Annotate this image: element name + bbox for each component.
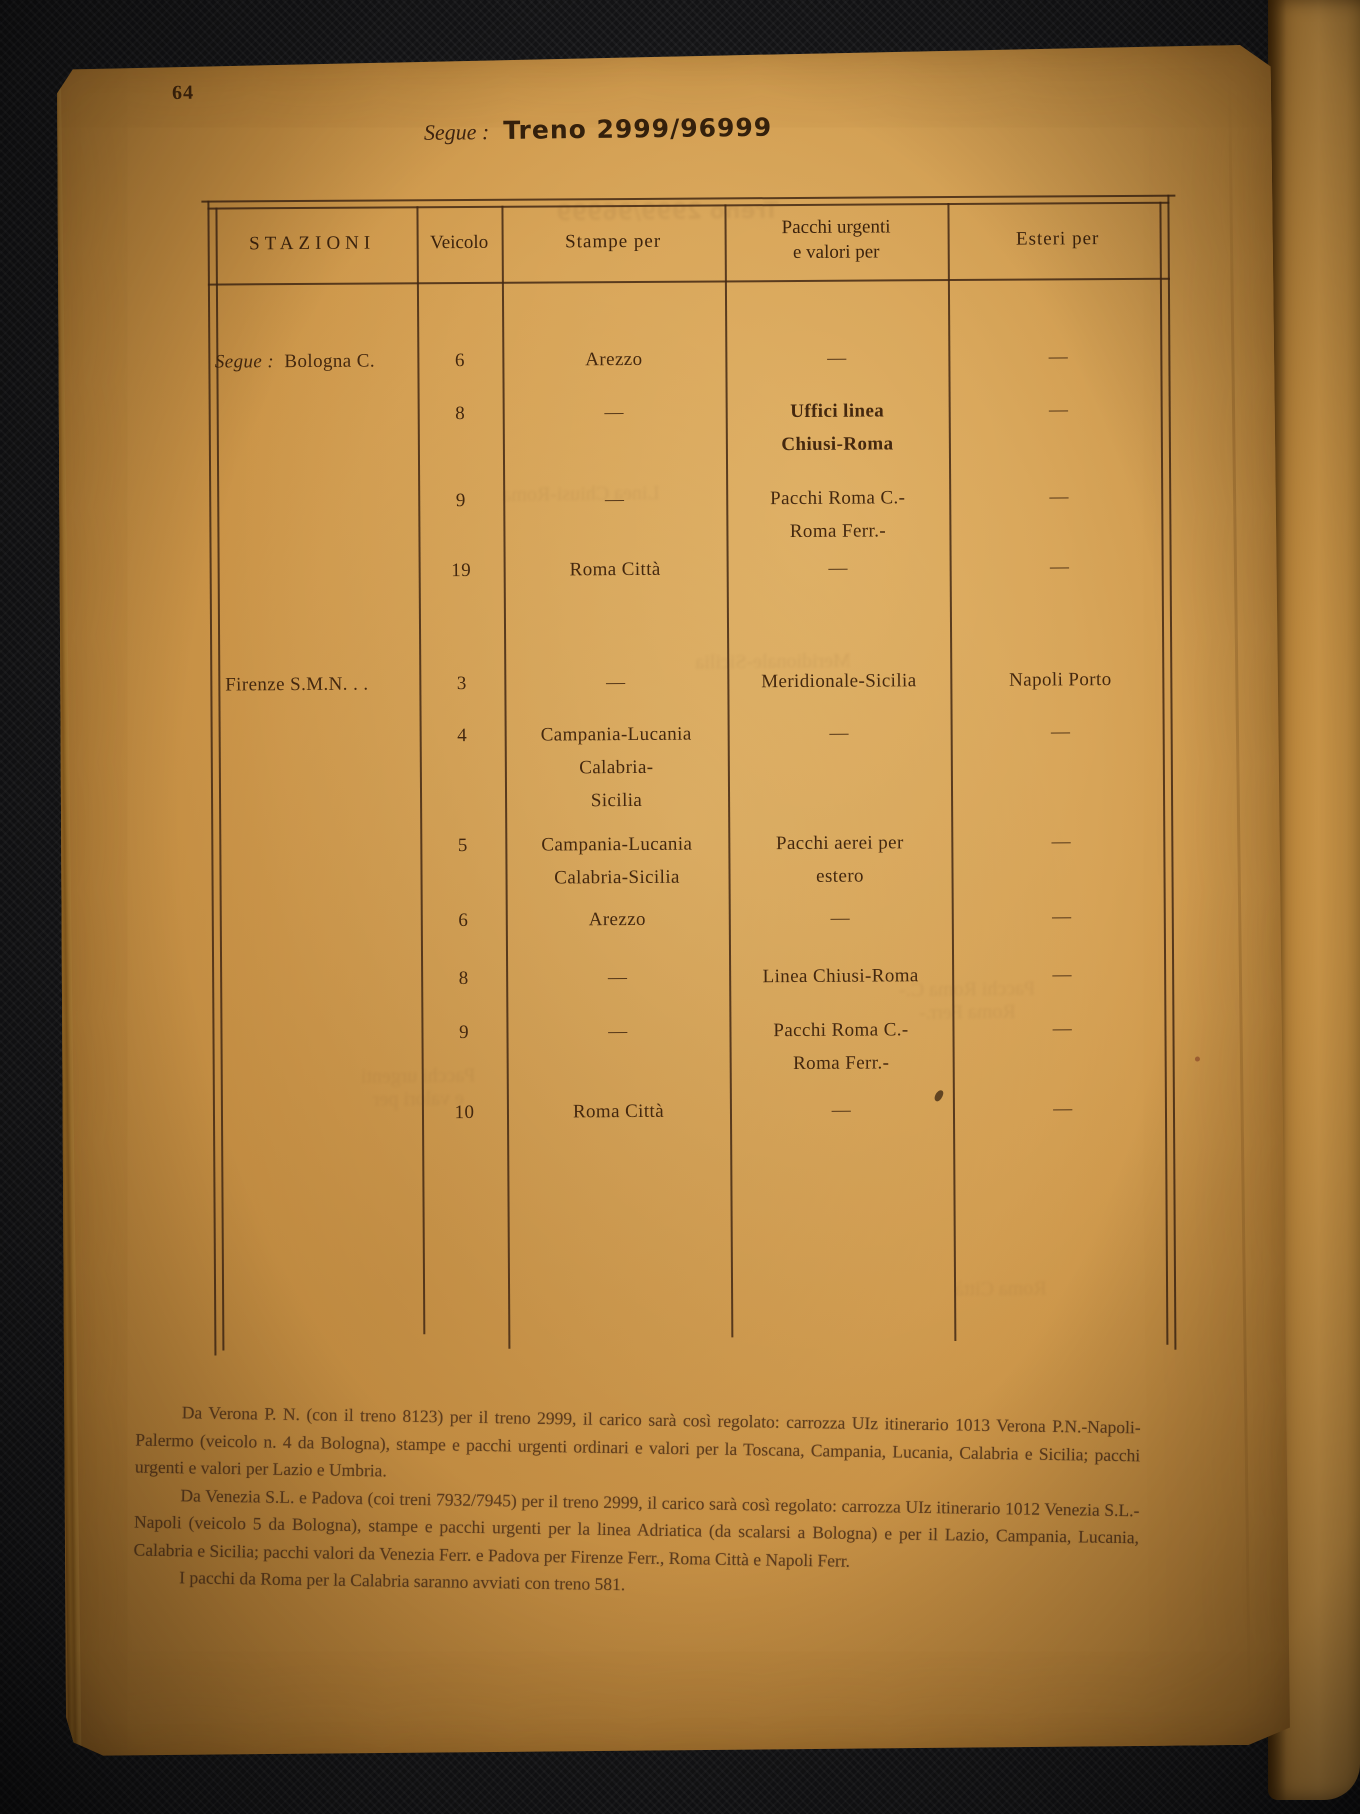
cell-pacchi: —	[729, 901, 952, 935]
column-header-esteri: Esteri per	[948, 225, 1168, 251]
cell-stampe: —	[506, 960, 729, 994]
cell-esteri: —	[951, 715, 1171, 749]
cell-esteri: —	[952, 958, 1172, 992]
table-row: 8 — Linea Chiusi-Roma —	[212, 958, 1174, 997]
cell-veicolo: 4	[420, 719, 505, 753]
page-title: Segue : Treno 2999/96999	[0, 107, 1211, 151]
cell-esteri: —	[952, 900, 1172, 934]
cell-veicolo: 5	[420, 829, 505, 863]
cell-esteri: —	[952, 1012, 1172, 1046]
cell-esteri: —	[949, 393, 1169, 427]
cell-esteri: Napoli Porto	[950, 663, 1170, 697]
table-row: 8 — Uffici linea Chiusi-Roma —	[209, 393, 1171, 465]
table-row: 9 — Pacchi Roma C.- Roma Ferr.- —	[209, 480, 1171, 552]
cell-stazioni	[212, 1016, 421, 1017]
page-stack-edge	[48, 77, 81, 1755]
cell-stazioni	[212, 904, 421, 905]
cell-pacchi: —	[730, 1093, 953, 1127]
cell-veicolo: 8	[421, 962, 506, 996]
cell-esteri: —	[949, 480, 1169, 514]
footnote-paragraph: Da Verona P. N. (con il treno 8123) per …	[135, 1399, 1141, 1497]
table-row: 10 Roma Città — —	[213, 1092, 1175, 1131]
cell-stampe: Roma Città	[504, 552, 727, 586]
cell-pacchi: Pacchi Roma C.- Roma Ferr.-	[726, 481, 949, 548]
cell-veicolo: 9	[418, 484, 503, 518]
cell-esteri: —	[950, 550, 1170, 584]
footnotes: Da Verona P. N. (con il treno 8123) per …	[133, 1399, 1141, 1607]
cell-stazioni	[209, 397, 418, 398]
cell-stazioni: Segue : Bologna C.	[208, 344, 417, 378]
table-line	[201, 195, 1175, 203]
cell-stampe: Arezzo	[502, 342, 725, 376]
cell-veicolo: 9	[421, 1016, 506, 1050]
column-header-pacchi: Pacchi urgenti e valori per	[724, 214, 947, 265]
page-crease	[1228, 75, 1251, 1715]
cell-pacchi: Pacchi Roma C.- Roma Ferr.-	[729, 1013, 952, 1080]
column-header-veicolo: Veicolo	[417, 229, 502, 255]
cell-stazioni: Firenze S.M.N. . .	[210, 667, 419, 701]
cell-veicolo: 19	[419, 554, 504, 588]
book-photo: { "page": { "number": "64", "title_prefi…	[0, 0, 1360, 1814]
book-page: 64 Segue : Treno 2999/96999 Treno 2999/9…	[46, 45, 1292, 1760]
cell-stampe: —	[503, 482, 726, 516]
cell-stazioni	[211, 829, 420, 830]
cell-stampe: —	[506, 1014, 729, 1048]
cell-pacchi: Pacchi aerei per estero	[728, 826, 951, 893]
cell-esteri: —	[953, 1092, 1173, 1126]
title-prefix: Segue :	[424, 119, 490, 146]
cell-pacchi: Linea Chiusi-Roma	[729, 959, 952, 993]
column-header-stazioni: STAZIONI	[208, 230, 417, 256]
cell-stazioni	[209, 484, 418, 485]
page-number: 64	[172, 82, 194, 105]
cell-pacchi: —	[728, 716, 951, 750]
cell-veicolo: 8	[418, 397, 503, 431]
column-header-stampe: Stampe per	[502, 228, 725, 254]
table-row: 19 Roma Città — —	[210, 550, 1172, 589]
cell-stampe: Campania-Lucania Calabria- Sicilia	[505, 717, 729, 817]
cell-stampe: —	[503, 395, 726, 429]
table-row: Segue : Bologna C. 6 Arezzo — —	[208, 340, 1170, 379]
cell-pacchi: Uffici linea Chiusi-Roma	[726, 394, 949, 461]
cell-stazioni	[211, 719, 420, 720]
table-row: 9 — Pacchi Roma C.- Roma Ferr.- —	[212, 1012, 1174, 1084]
table-header-row: STAZIONI Veicolo Stampe per Pacchi urgen…	[207, 205, 1169, 277]
cell-pacchi: —	[727, 551, 950, 585]
cell-pacchi: —	[725, 341, 948, 375]
footnote-paragraph: Da Venezia S.L. e Padova (coi treni 7932…	[133, 1481, 1139, 1579]
train-table: STAZIONI Veicolo Stampe per Pacchi urgen…	[207, 195, 1176, 1366]
cell-stazioni	[213, 1096, 422, 1097]
cell-esteri: —	[951, 825, 1171, 859]
table-row: 4 Campania-Lucania Calabria- Sicilia — —	[211, 715, 1174, 820]
cell-stazioni	[212, 962, 421, 963]
table-row: 5 Campania-Lucania Calabria-Sicilia Pacc…	[211, 825, 1173, 897]
title-text: Treno 2999/96999	[503, 113, 772, 145]
cell-stazioni	[210, 554, 419, 555]
table-line	[208, 278, 1170, 286]
ink-speck	[1195, 1057, 1200, 1062]
cell-veicolo: 6	[417, 344, 502, 378]
cell-veicolo: 6	[421, 904, 506, 938]
cell-stampe: Arezzo	[506, 902, 729, 936]
cell-pacchi: Meridionale-Sicilia	[727, 664, 950, 698]
cell-stampe: —	[504, 665, 727, 699]
cell-veicolo: 3	[419, 667, 504, 701]
table-row: 6 Arezzo — —	[212, 900, 1174, 939]
cell-esteri: —	[948, 340, 1168, 374]
table-row: Firenze S.M.N. . . 3 — Meridionale-Sicil…	[210, 663, 1172, 702]
cell-veicolo: 10	[422, 1096, 507, 1130]
cell-stampe: Roma Città	[507, 1094, 730, 1128]
cell-stampe: Campania-Lucania Calabria-Sicilia	[505, 827, 728, 894]
